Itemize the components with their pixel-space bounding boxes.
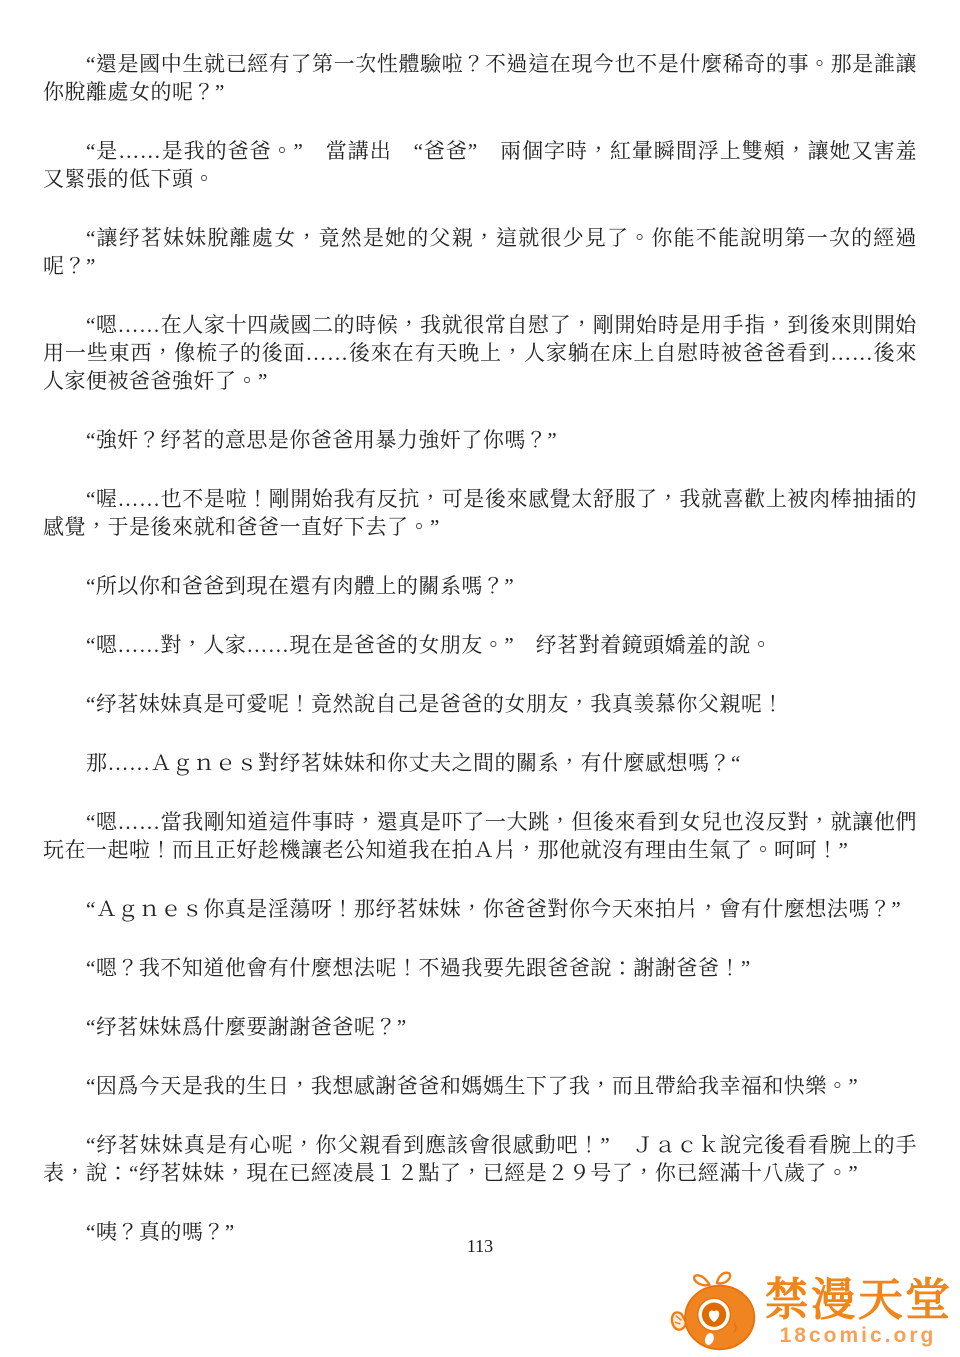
- watermark-site-name: 禁漫天堂: [764, 1277, 952, 1323]
- paragraph: 那……Ａｇｎｅｓ對纾茗妹妹和你丈夫之間的關系，有什麼感想嗎？“: [43, 749, 917, 777]
- paragraph: “強奸？纾茗的意思是你爸爸用暴力強奸了你嗎？”: [43, 426, 917, 454]
- text-body: “還是國中生就已經有了第一次性體驗啦？不過這在現今也不是什麼稀奇的事。那是誰讓你…: [43, 50, 917, 1246]
- paragraph: “Ａｇｎｅｓ你真是淫蕩呀！那纾茗妹妹，你爸爸對你今天來拍片，會有什麼想法嗎？”: [43, 895, 917, 923]
- page-number: 113: [43, 1236, 917, 1257]
- jmcomic-mascot-icon: [668, 1267, 762, 1353]
- paragraph: “還是國中生就已經有了第一次性體驗啦？不過這在現今也不是什麼稀奇的事。那是誰讓你…: [43, 50, 917, 106]
- paragraph: “所以你和爸爸到現在還有肉體上的關系嗎？”: [43, 572, 917, 600]
- paragraph: “纾茗妹妹真是可愛呢！竟然說自己是爸爸的女朋友，我真羡慕你父親呢！: [43, 690, 917, 718]
- paragraph: “纾茗妹妹爲什麼要謝謝爸爸呢？”: [43, 1013, 917, 1041]
- paragraph: “纾茗妹妹真是有心呢，你父親看到應該會很感動吧！” Ｊａｃｋ說完後看看腕上的手表…: [43, 1131, 917, 1187]
- site-watermark: 禁漫天堂 18comic.org: [668, 1267, 952, 1353]
- paragraph: “嗯……當我剛知道這件事時，還真是吓了一大跳，但後來看到女兒也沒反對，就讓他們玩…: [43, 808, 917, 864]
- watermark-site-url: 18comic.org: [780, 1324, 937, 1348]
- paragraph: “因爲今天是我的生日，我想感謝爸爸和媽媽生下了我，而且帶給我幸福和快樂。”: [43, 1072, 917, 1100]
- paragraph: “嗯……對，人家……現在是爸爸的女朋友。” 纾茗對着鏡頭嬌羞的說。: [43, 631, 917, 659]
- paragraph: “讓纾茗妹妹脫離處女，竟然是她的父親，這就很少見了。你能不能說明第一次的經過呢？…: [43, 224, 917, 280]
- document-page: “還是國中生就已經有了第一次性體驗啦？不過這在現今也不是什麼稀奇的事。那是誰讓你…: [0, 0, 960, 1357]
- paragraph: “是……是我的爸爸。” 當講出 “爸爸” 兩個字時，紅暈瞬間浮上雙頰，讓她又害羞…: [43, 137, 917, 193]
- paragraph: “嗯……在人家十四歲國二的時候，我就很常自慰了，剛開始時是用手指，到後來則開始用…: [43, 311, 917, 395]
- paragraph: “喔……也不是啦！剛開始我有反抗，可是後來感覺太舒服了，我就喜歡上被肉棒抽插的感…: [43, 485, 917, 541]
- watermark-text: 禁漫天堂 18comic.org: [764, 1267, 952, 1348]
- paragraph: “嗯？我不知道他會有什麼想法呢！不過我要先跟爸爸說：謝謝爸爸！”: [43, 954, 917, 982]
